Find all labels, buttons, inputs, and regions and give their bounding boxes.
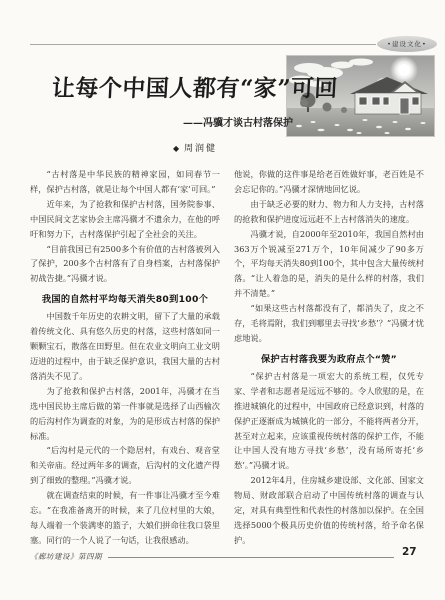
paragraph: 为了抢救和保护古村落，2001年，冯骥才在当选中国民协主席后做的第一件事就是选择… [30,384,220,444]
column-tag-badge: •建设文化• [377,36,437,52]
article-body: “古村落是中华民族的精神家园，如同春节一样，保护古村落，就是让每个中国人都有‘家… [30,167,424,549]
section-heading: 保护古村落我要为政府点个“赞” [234,351,424,365]
paragraph: “古村落是中华民族的精神家园，如同春节一样，保护古村落，就是让每个中国人都有‘家… [30,167,220,197]
paragraph: “目前我国已有2500多个有价值的古村落被列入了保护，200多个古村落有了自身档… [30,242,220,287]
journal-issue: 《廊坊建设》第四期 [30,551,102,562]
paragraph: “保护古村落是一项宏大的系统工程，仅凭专家、学者和志愿者是远远不够的。令人欣慰的… [234,369,424,473]
author-name: 周润健 [184,144,217,154]
page-number: 27 [402,546,417,558]
left-column: “古村落是中华民族的精神家园，如同春节一样，保护古村落，就是让每个中国人都有‘家… [30,167,220,549]
paragraph: 近年来，为了抢救和保护古村落，国务院参事、中国民间文艺家协会主席冯骥才不遗余力，… [30,197,220,242]
paragraph: “后沟村是元代的一个隐居村，有戏台、观音堂和关帝庙。经过两年多的调查，后沟村的文… [30,443,220,488]
footer-rule [108,557,394,558]
paragraph: “如果这些古村落都没有了，都消失了，皮之不存，毛将焉附，我们到哪里去寻找‘乡愁’… [234,301,424,346]
article-subtitle: ——冯骥才谈古村落保护 [98,114,293,129]
paragraph: 冯骥才说，自2000年至2010年，我国自然村由363万个锐减至271万个，10… [234,227,424,302]
author-diamond-icon: ◆ [173,144,179,153]
paragraph: 2012年4月，住房城乡建设部、文化部、国家文物局、财政部联合启动了中国传统村落… [234,473,424,548]
section-heading: 我国的自然村平均每天消失80到100个 [30,291,220,305]
paragraph: 中国数千年历史的农耕文明，留下了大量的承载着传统文化、具有悠久历史的村落，这些村… [30,309,220,384]
magazine-page: •建设文化• [0,0,445,600]
right-column: 他说，你做的这件事是给老百姓做好事，老百姓是不会忘记你的。”冯骥才深情地回忆说。… [234,167,424,549]
paragraph: 由于缺乏必要的财力、物力和人力支持，古村落的抢救和保护进度远远赶不上古村落消失的… [234,197,424,227]
author-line: ◆ 周润健 [120,141,270,154]
article-title: 让每个中国人都有“家”可回 [51,70,298,103]
paragraph: 就在调查结束的时候，有一件事让冯骥才至今难忘。“在我准备离开的时候，来了几位村里… [30,488,220,548]
header-rule [30,44,376,45]
paragraph-continuation: 他说，你做的这件事是给老百姓做好事，老百姓是不会忘记你的。”冯骥才深情地回忆说。 [234,167,424,197]
